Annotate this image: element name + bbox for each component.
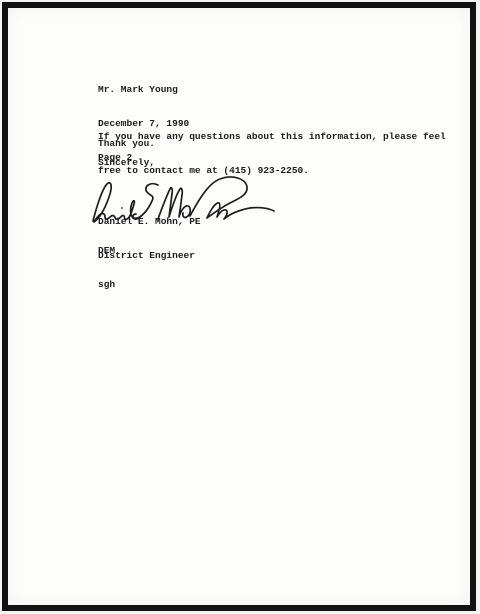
scanned-letter: Mr. Mark Young December 7, 1990 Page 2 I…: [0, 0, 480, 614]
recipient-line: Mr. Mark Young: [98, 84, 189, 95]
reference-initials: DEM sgh: [98, 222, 144, 313]
writer-initials: DEM: [98, 245, 144, 256]
typist-initials: sgh: [98, 279, 144, 290]
letter-page: Mr. Mark Young December 7, 1990 Page 2 I…: [2, 2, 476, 611]
letter-content: Mr. Mark Young December 7, 1990 Page 2 I…: [8, 8, 470, 605]
thank-you-line: Thank you.: [98, 138, 155, 149]
